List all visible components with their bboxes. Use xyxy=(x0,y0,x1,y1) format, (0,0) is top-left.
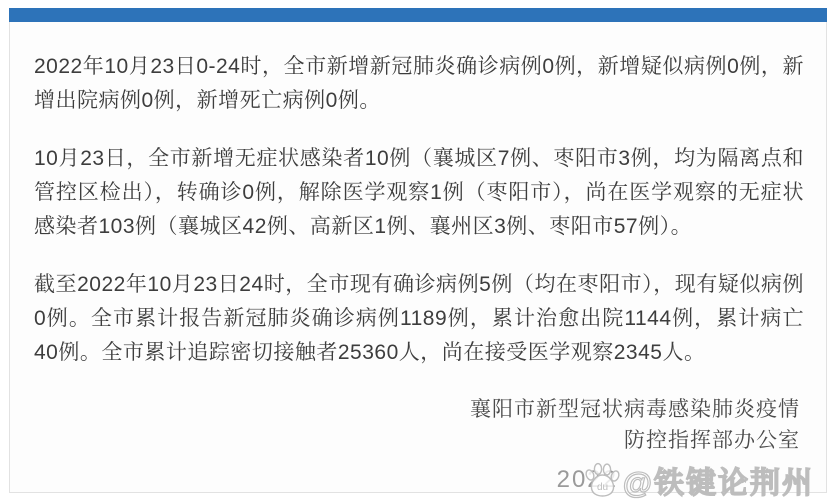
watermark-text: @铁键论荆州 xyxy=(623,458,814,500)
announcement-paragraph: 10月23日，全市新增无症状感染者10例（襄城区7例、枣阳市3例，均为隔离点和管… xyxy=(34,142,804,244)
announcement-paragraph: 截至2022年10月23日24时，全市现有确诊病例5例（均在枣阳市），现有疑似病… xyxy=(34,268,804,370)
baidu-paw-label: du xyxy=(597,482,608,493)
baidu-paw-icon: du xyxy=(582,461,622,499)
header-bar xyxy=(9,8,827,22)
page: 2022年10月23日0-24时，全市新增新冠肺炎确诊病例0例，新增疑似病例0例… xyxy=(0,0,836,500)
footer-line: 2022 du @铁键论荆州 xyxy=(10,458,826,500)
announcement-paragraph: 2022年10月23日0-24时，全市新增新冠肺炎确诊病例0例，新增疑似病例0例… xyxy=(34,50,804,118)
signature-block: 襄阳市新型冠状病毒感染肺炎疫情 防控指挥部办公室 xyxy=(10,394,826,456)
watermark: du @铁键论荆州 xyxy=(582,458,814,500)
signature-line-2: 防控指挥部办公室 xyxy=(10,425,800,456)
announcement-body: 2022年10月23日0-24时，全市新增新冠肺炎确诊病例0例，新增疑似病例0例… xyxy=(10,22,826,370)
announcement-card: 2022年10月23日0-24时，全市新增新冠肺炎确诊病例0例，新增疑似病例0例… xyxy=(9,8,827,493)
signature-line-1: 襄阳市新型冠状病毒感染肺炎疫情 xyxy=(10,394,800,425)
